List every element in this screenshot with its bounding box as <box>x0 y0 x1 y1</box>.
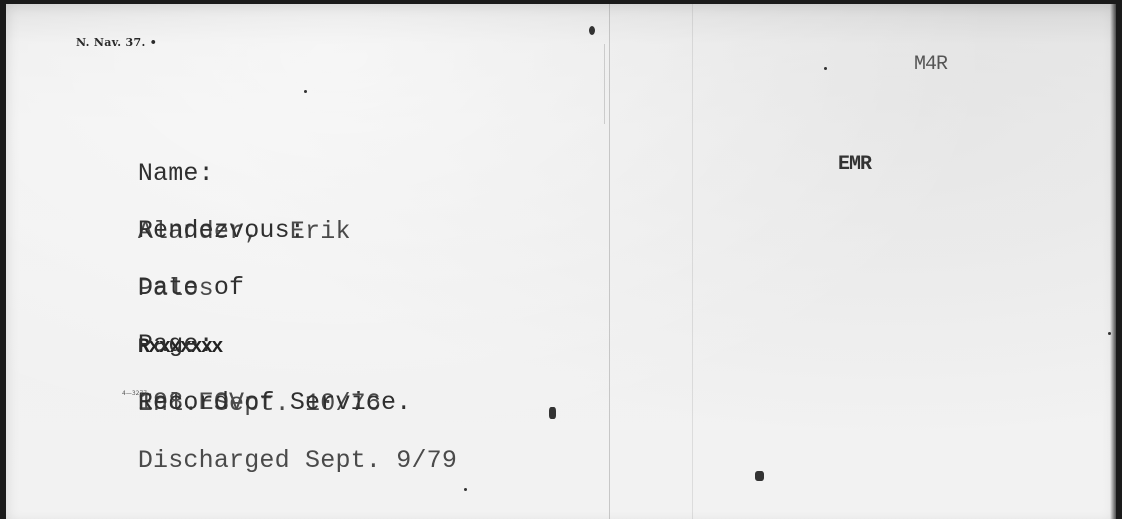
stamp-initials: EMR <box>838 153 871 176</box>
stamp-initials-top: M4R <box>914 53 947 76</box>
field-record-of-service: Record of Service. Discharged Sept. 9/79 <box>77 359 457 504</box>
ink-speck <box>824 67 827 70</box>
field-label: Date of <box>138 273 244 302</box>
field-value: Discharged Sept. 9/79 <box>138 446 457 475</box>
fold-line <box>692 4 693 519</box>
index-card: N. Nav. 37. • M4R EMR Name: Alander, Eri… <box>6 4 1116 519</box>
ink-speck <box>755 471 764 481</box>
ink-speck <box>549 407 556 419</box>
field-label: Page: <box>138 330 214 359</box>
form-code: N. Nav. 37. • <box>76 36 157 49</box>
field-label: Record of Service. <box>138 388 412 417</box>
fold-line <box>604 44 605 124</box>
fold-line <box>609 4 610 519</box>
printer-mark: 4—3277 <box>122 390 147 397</box>
ink-speck <box>1108 332 1111 335</box>
ink-speck <box>589 26 595 35</box>
field-label: Rendezvous: <box>138 216 305 245</box>
ink-speck <box>464 488 467 491</box>
ink-speck <box>304 90 307 93</box>
field-label: Name: <box>138 159 214 188</box>
